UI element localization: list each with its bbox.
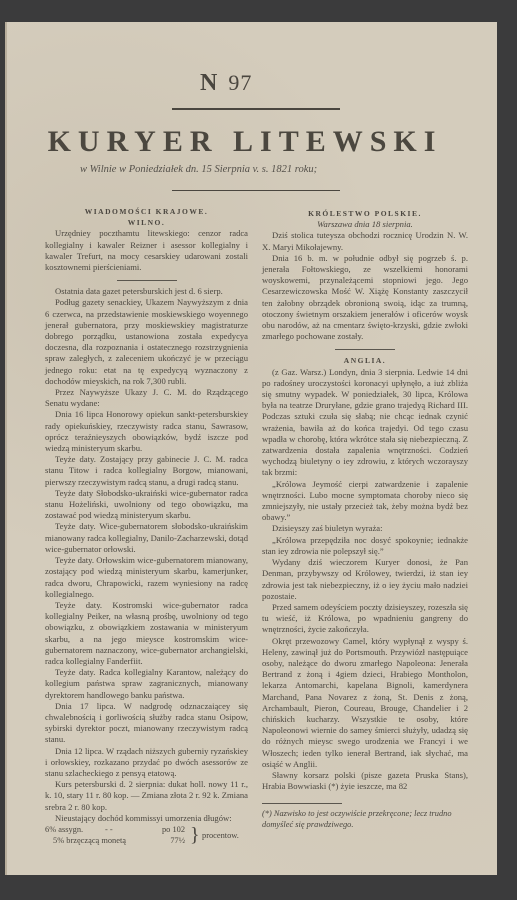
newspaper-title: KURYER LITEWSKI (40, 125, 450, 159)
paragraph: Kurs petersburski d. 2 sierpnia: dukat h… (45, 779, 248, 813)
masthead-rule-top (172, 108, 340, 110)
paragraph: Nieustający dochód kommissyi umorzenia d… (45, 813, 248, 824)
section-heading-poland: KRÓLESTWO POLSKIE. (262, 208, 468, 219)
paragraph: Wydany dziś wieczorem Kuryer donosi, że … (262, 557, 468, 602)
paragraph: Ostatnia data gazet petersburskich jest … (45, 286, 248, 297)
brace-icon: } (190, 824, 200, 846)
dateline: w Wilnie w Poniedziałek dn. 15 Sierpnia … (80, 164, 460, 175)
paragraph: Przez Naywyższe Ukazy J. C. M. do Rządzą… (45, 387, 248, 409)
footnote-text: (*) Nazwisko to jest oczywiście przekręc… (262, 808, 468, 830)
paragraph: Okręt przewozowy Camel, który wypłynął z… (262, 636, 468, 770)
issue-number-value: 97 (228, 70, 252, 95)
paragraph: Dnia 16 b. m. w południe odbył się pogrz… (262, 253, 468, 343)
paragraph: Teyże daty. Kostromski wice-gubernator r… (45, 600, 248, 667)
stat-label: 6% assygn. (45, 824, 105, 835)
section-heading-england: ANGLIA. (262, 355, 468, 366)
paragraph: Teyże daty. Radca kollegialny Karantow, … (45, 667, 248, 701)
paragraph: Sławny korsarz polski (pisze gazeta Prus… (262, 770, 468, 792)
masthead-rule-bottom (172, 190, 340, 191)
right-column: KRÓLESTWO POLSKIE. Warszawa dnia 18 sier… (262, 208, 468, 792)
paragraph: Dnia 12 lipca. W rządach niższych gubern… (45, 746, 248, 780)
issue-number: N97 (200, 70, 320, 97)
paragraph: Przed samem odeyściem poczty dzisieyszey… (262, 602, 468, 636)
paragraph: Dzisieyszy zaś biuletyn wyraża: (262, 523, 468, 534)
stat-value: 77½ (145, 835, 185, 846)
paragraph: Urzędniey poczthamtu litewskiego: cenzor… (45, 228, 248, 273)
paragraph: Podług gazety senackiey, Ukazem Naywyższ… (45, 297, 248, 387)
stat-label: 5% brzęczącą monetą (45, 835, 145, 846)
issue-number-label: N (200, 70, 218, 96)
stat-suffix: procentow. (202, 830, 239, 841)
page-edge (5, 22, 7, 875)
paragraph: Dnia 16 lipca Honorowy opiekun sankt-pet… (45, 409, 248, 454)
paragraph: „Królowa przepędziła noc dosyć spokoynie… (262, 535, 468, 557)
stat-dash: - - (105, 824, 145, 835)
footnote: (*) Nazwisko to jest oczywiście przekręc… (262, 808, 468, 830)
debt-commission-table: 6% assygn. - - po 102 5% brzęczącą monet… (45, 824, 248, 846)
paragraph: Teyże daty Słobodsko-ukraiński wice-gube… (45, 488, 248, 522)
place-heading-warsaw: Warszawa dnia 18 sierpnia. (262, 219, 468, 230)
stat-value: po 102 (145, 824, 185, 835)
left-column: WIADOMOŚCI KRAJOWE. WILNO. Urzędniey poc… (45, 206, 248, 846)
paragraph: Dnia 17 lipca. W nadgrodę odznaczaiącey … (45, 701, 248, 746)
paragraph: Dziś stolica tuteysza obchodzi rocznicę … (262, 230, 468, 252)
paragraph: Teyże daty. Orłowskim wice-gubernatorem … (45, 555, 248, 600)
section-divider (117, 280, 177, 281)
paragraph: „Królowa Jeymość cierpi zatwardzenie i z… (262, 479, 468, 524)
section-heading-domestic: WIADOMOŚCI KRAJOWE. (45, 206, 248, 217)
place-heading-wilno: WILNO. (45, 217, 248, 228)
paragraph: Teyże daty. Zostający przy gabinecie J. … (45, 454, 248, 488)
section-divider (335, 349, 395, 350)
footnote-divider (262, 803, 342, 804)
paragraph: Teyże daty. Wice-gubernatorem słobodsko-… (45, 521, 248, 555)
paragraph: (z Gaz. Warsz.) Londyn, dnia 3 sierpnia.… (262, 367, 468, 479)
